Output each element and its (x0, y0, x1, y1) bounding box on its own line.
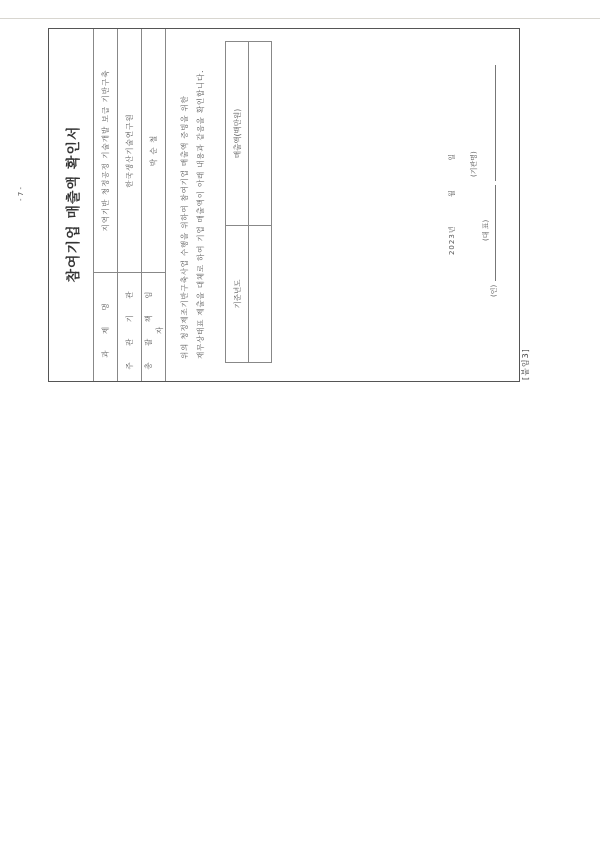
info-value: 한국생산기술연구원 (118, 29, 142, 273)
project-info-table: 과 제 명 지역기반 청정공정 기술개발 보급 기반구축 주 관 기 관 한국생… (93, 29, 166, 381)
date-line: 2023년 월 일 (447, 27, 457, 381)
statement-text: 위의 청정제조기반구축사업 수행을 위하여 참여기업 매출액 증빙을 위한 재무… (177, 39, 209, 359)
info-label: 과 제 명 (94, 273, 118, 382)
cell-sales-amount[interactable] (249, 42, 272, 226)
representative-signature-line[interactable] (495, 185, 496, 281)
header-base-year: 기준년도 (226, 226, 249, 363)
info-label: 총 괄 책 임 자 (142, 273, 166, 382)
date-month: 월 (448, 189, 456, 197)
company-name-label: (기관명) (469, 151, 479, 177)
attachment-label: [붙임3] (520, 348, 531, 380)
statement-line: 위의 청정제조기반구축사업 수행을 위하여 참여기업 매출액 증빙을 위한 (177, 39, 193, 359)
info-row-project: 과 제 명 지역기반 청정공정 기술개발 보급 기반구축 (94, 29, 118, 381)
statement-line: 재무상태표 제출을 대체로 하여 기업 매출액이 아래 내용과 같음을 확인합니… (193, 39, 209, 359)
company-name-signature-line[interactable] (495, 65, 496, 181)
info-row-pi: 총 괄 책 임 자 박 순 철 (142, 29, 166, 381)
info-row-lead-org: 주 관 기 관 한국생산기술연구원 (118, 29, 142, 381)
date-day: 일 (448, 153, 456, 161)
info-label: 주 관 기 관 (118, 273, 142, 382)
sales-row (249, 42, 272, 363)
top-rule (0, 18, 600, 19)
seal-label: (인) (489, 285, 499, 297)
cell-base-year[interactable] (249, 226, 272, 363)
info-value: 지역기반 청정공정 기술개발 보급 기반구축 (94, 29, 118, 273)
form-frame: 참여기업 매출액 확인서 과 제 명 지역기반 청정공정 기술개발 보급 기반구… (48, 28, 520, 382)
rotated-form-sheet: [붙임3] 참여기업 매출액 확인서 과 제 명 지역기반 청정공정 기술개발 … (48, 28, 548, 382)
header-sales-amount: 매출액(백만원) (226, 42, 249, 226)
sales-table: 기준년도 매출액(백만원) (225, 41, 272, 363)
date-year: 2023년 (448, 225, 456, 255)
page-number: - 7 - (17, 187, 25, 201)
representative-label: (대 표) (481, 220, 491, 241)
sales-header-row: 기준년도 매출액(백만원) (226, 42, 249, 363)
document-title: 참여기업 매출액 확인서 (63, 27, 83, 381)
info-value: 박 순 철 (142, 29, 166, 273)
